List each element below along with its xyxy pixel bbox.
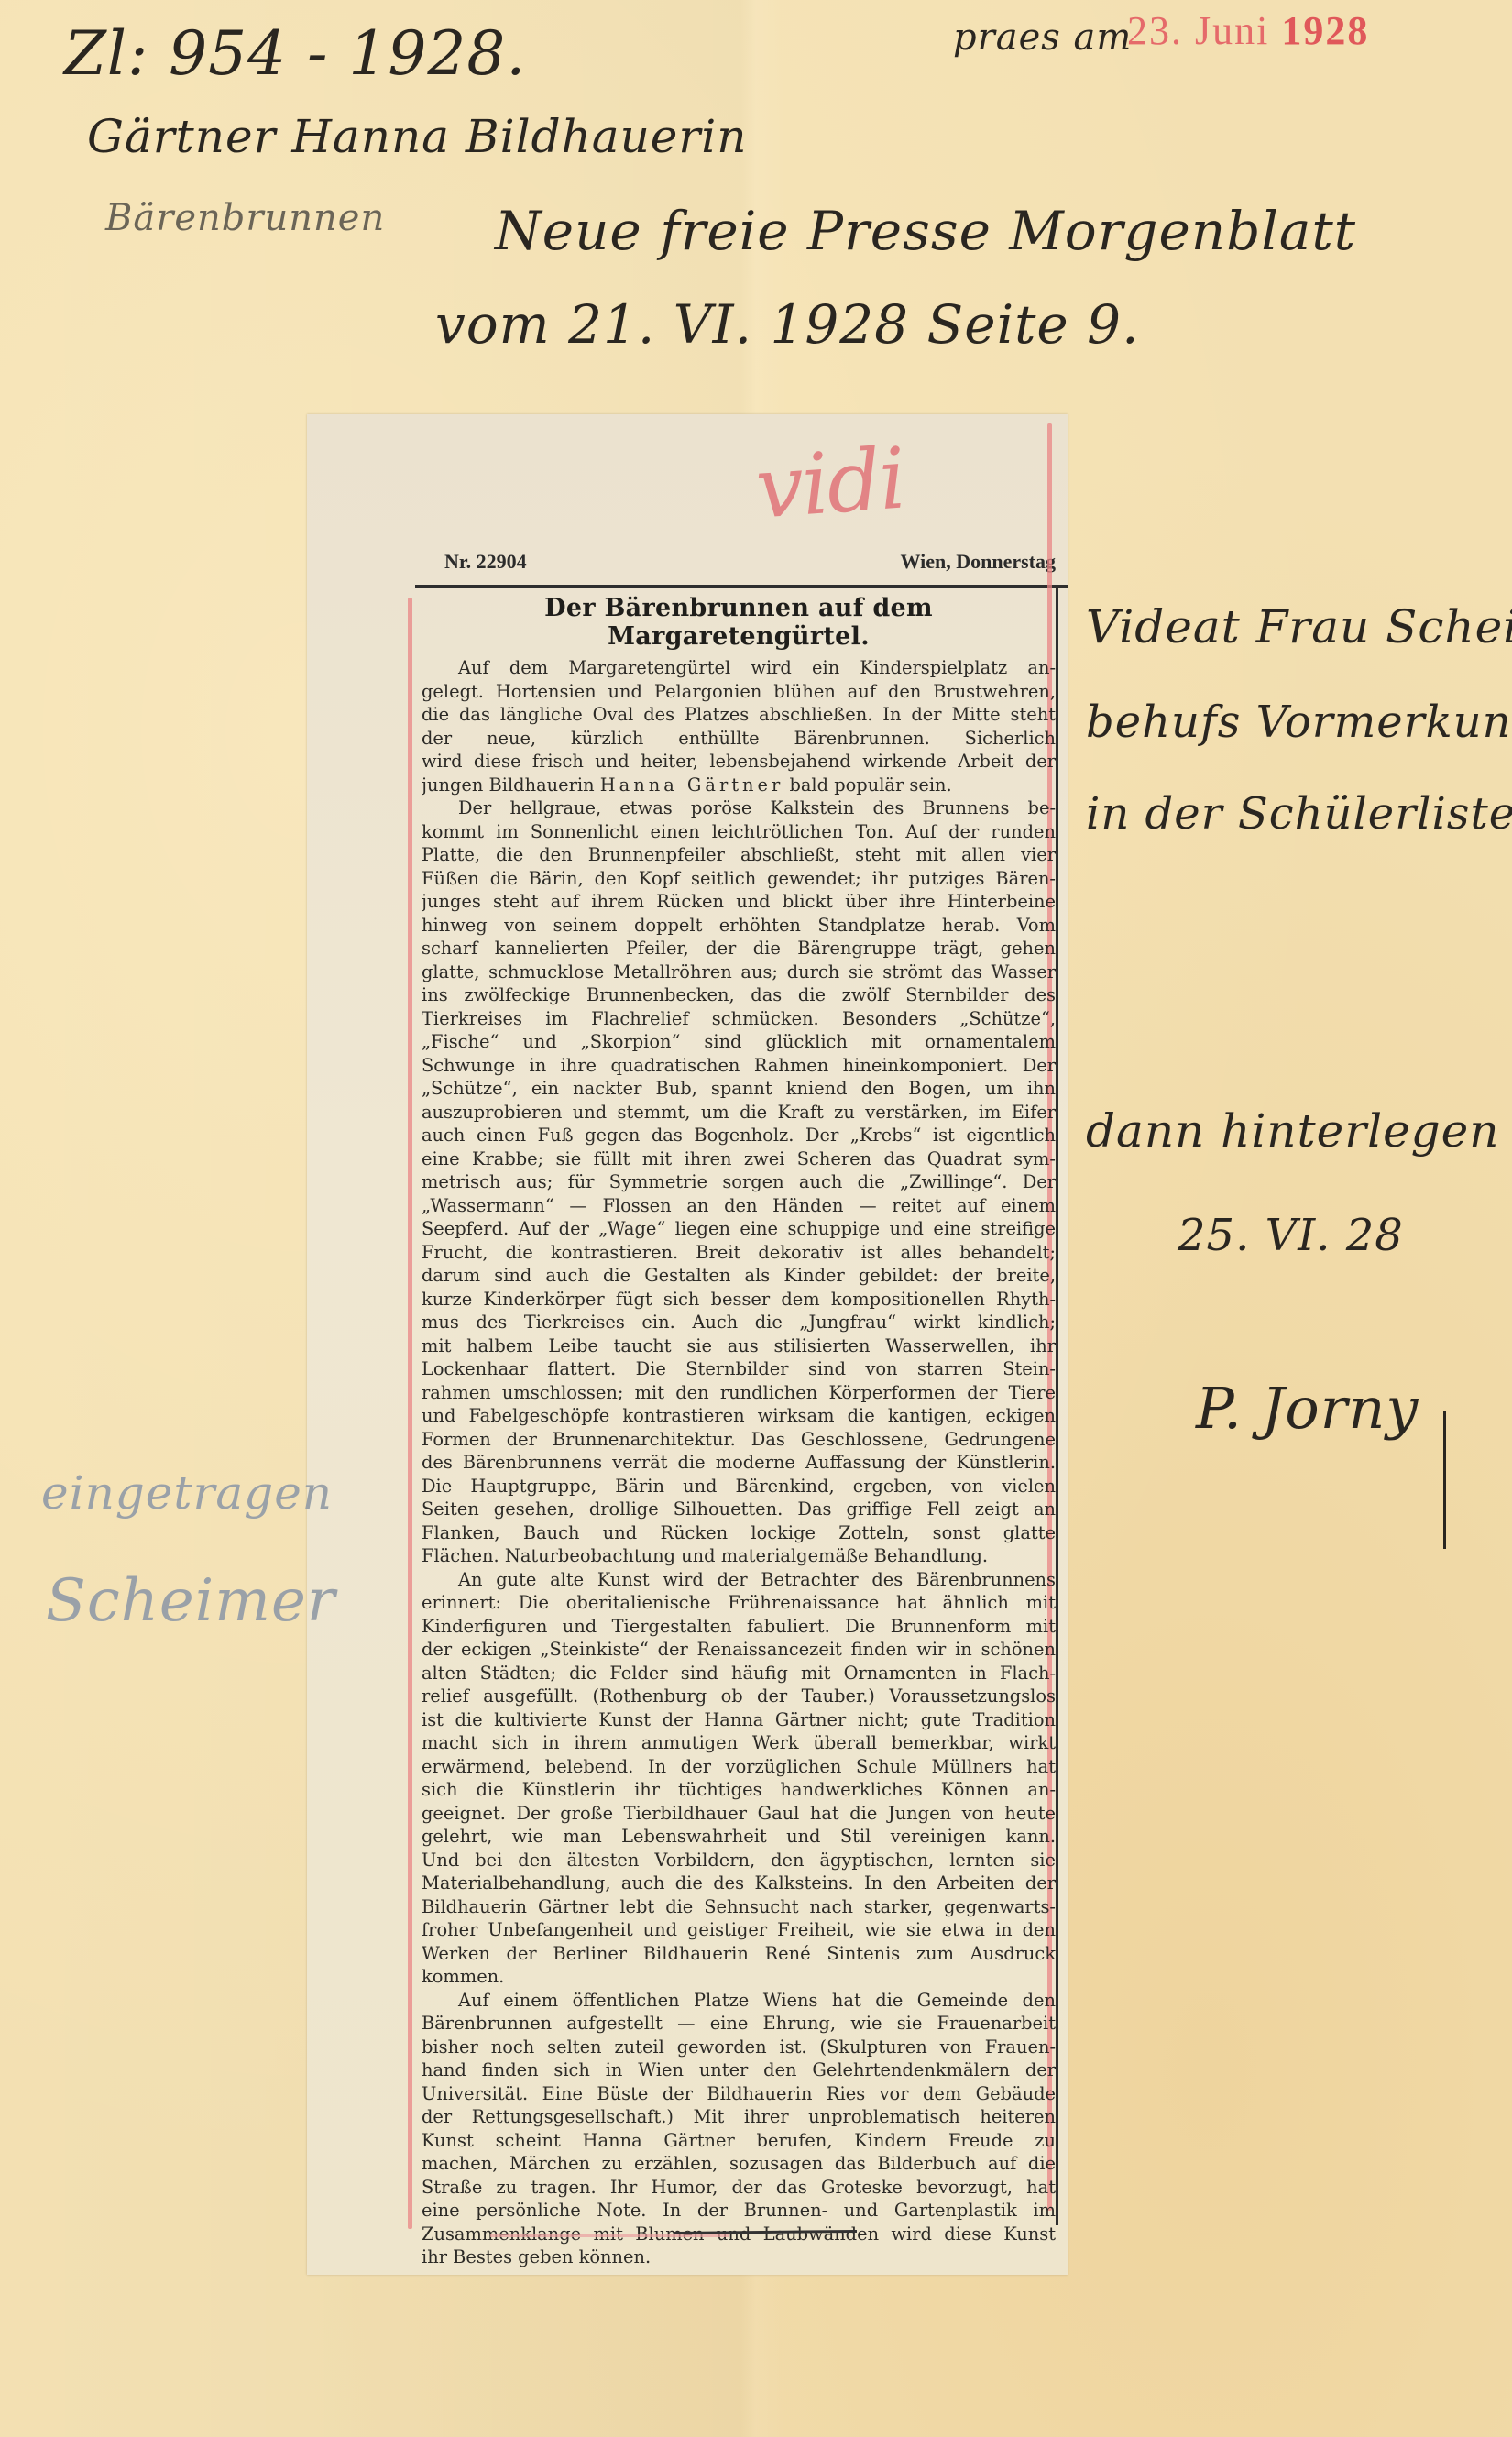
article-line: Kinderfiguren und Tiergestalten fabulier… [422,1615,1056,1639]
article-line: wird diese frisch und heiter, lebensbeja… [422,750,1056,774]
article-text: jungen Bildhauerin [422,774,595,796]
article-line: scharf kannelierten Pfeiler, der die Bär… [422,937,1056,961]
article-line: Materialbehandlung, auch die des Kalkste… [422,1872,1056,1895]
received-note: praes am [953,16,1132,59]
article-line: erwärmend, belebend. In der vorzüglichen… [422,1755,1056,1779]
article-line: Seiten gesehen, drollige Silhouetten. Da… [422,1498,1056,1521]
article-line: Auf einem öffentlichen Platze Wiens hat … [422,1989,1056,2013]
newspaper-clipping: vidi Nr. 22904 Wien, Donnerstag Der Bäre… [307,414,1068,2275]
article-body: Auf dem Margaretengürtel wird ein Kinder… [422,656,1056,2269]
article-line: Straße zu tragen. Ihr Humor, der das Gro… [422,2176,1056,2200]
article-line: alten Städten; die Felder sind häufig mi… [422,1662,1056,1685]
article-line: Seepferd. Auf der „Wage“ liegen eine sch… [422,1217,1056,1241]
article-line: „Schütze“, ein nackter Bub, spannt knien… [422,1077,1056,1101]
article-text: bald populär sein. [789,774,951,796]
article-line: der eckigen „Steinkiste“ der Renaissance… [422,1638,1056,1662]
article-line: kommen. [422,1965,1056,1989]
file-number-note: Zl: 954 - 1928. [64,18,526,89]
article-line: Bärenbrunnen aufgestellt — eine Ehrung, … [422,2012,1056,2036]
article-line: eine persönliche Note. In der Brunnen- u… [422,2199,1056,2223]
article-line: ist die kultivierte Kunst der Hanna Gärt… [422,1708,1056,1732]
article-line: rahmen umschlossen; mit den rundlichen K… [422,1381,1056,1405]
article-line: Die Hauptgruppe, Bärin und Bärenkind, er… [422,1475,1056,1498]
topic-note: Bärenbrunnen [105,197,385,239]
article-line: hinweg von seinem doppelt erhöhten Stand… [422,914,1056,938]
article-line: Kunst scheint Hanna Gärtner berufen, Kin… [422,2129,1056,2153]
margin-note-date: 25. VI. 28 [1178,1210,1404,1261]
margin-note-schuelerliste: in der Schülerliste [1086,788,1512,840]
red-underline-bottom [490,2234,729,2237]
article-line: „Fische“ und „Skorpion“ sind glücklich m… [422,1030,1056,1054]
article-line: Schwunge in ihre quadratischen Rahmen hi… [422,1054,1056,1078]
clipping-masthead: Nr. 22904 Wien, Donnerstag [444,550,1063,579]
article-line: „Wassermann“ — Flossen an den Händen — r… [422,1194,1056,1218]
received-date-stamp: 23. Juni 1928 [1127,7,1369,54]
article-line: Universität. Eine Büste der Bildhauerin … [422,2082,1056,2106]
article-line: mit halbem Leibe taucht sie aus stilisie… [422,1334,1056,1358]
issue-number: Nr. 22904 [444,550,527,574]
article-line: sich die Künstlerin ihr tüchtiges handwe… [422,1778,1056,1802]
margin-note-vormerkung: behufs Vormerkung [1086,697,1512,748]
article-line: Auf dem Margaretengürtel wird ein Kinder… [422,656,1056,680]
article-line: An gute alte Kunst wird der Betrachter d… [422,1568,1056,1592]
article-line: erinnert: Die oberitalienische Frührenai… [422,1591,1056,1615]
signature: P. Jorny [1196,1375,1419,1442]
article-line: Der hellgraue, etwas poröse Kalkstein de… [422,796,1056,820]
pencil-note-eingetragen: eingetragen [41,1466,333,1520]
place-day: Wien, Donnerstag [901,550,1057,574]
article-line: ihr Bestes geben können. W. D. [422,2245,1056,2269]
headline: Der Bärenbrunnen auf dem Margaretengürte… [422,594,1056,651]
article-line: auch einen Fuß gegen das Bogenholz. Der … [422,1124,1056,1147]
article-line: junges steht auf ihrem Rücken und blickt… [422,890,1056,914]
article-line: metrisch aus; für Symmetrie sorgen auch … [422,1170,1056,1194]
article-line: des Bärenbrunnens verrät die moderne Auf… [422,1451,1056,1475]
article-line: Flanken, Bauch und Rücken lockige Zottel… [422,1521,1056,1545]
margin-note-hinterlegen: dann hinterlegen [1086,1104,1499,1158]
article-line: relief ausgefüllt. (Rothenburg ob der Ta… [422,1685,1056,1708]
article-text: ihr Bestes geben können. [422,2246,651,2267]
article-line: der neue, kürzlich enthüllte Bärenbrunne… [422,727,1056,751]
signature-stroke [1443,1411,1446,1549]
article-line: ins zwölfeckige Brunnenbecken, das die z… [422,983,1056,1007]
article: Der Bärenbrunnen auf dem Margaretengürte… [422,588,1056,2269]
article-line: und Fabelgeschöpfe kontrastieren wirksam… [422,1404,1056,1428]
article-line: kurze Kinderkörper fügt sich besser dem … [422,1288,1056,1312]
article-line: darum sind auch die Gestalten als Kinder… [422,1264,1056,1288]
stamp-year: 1928 [1281,8,1369,53]
article-line: Flächen. Naturbeobachtung und materialge… [422,1544,1056,1568]
pencil-note-name: Scheimer [46,1567,335,1635]
article-line: eine Krabbe; sie füllt mit ihren zwei Sc… [422,1147,1056,1171]
margin-note-videat: Videat Frau Scheimer [1086,600,1512,653]
article-line: der Rettungsgesellschaft.) Mit ihrer unp… [422,2105,1056,2129]
article-line: gelehrt, wie man Lebenswahrheit und Stil… [422,1825,1056,1849]
article-line: kommt im Sonnenlicht einen leichtrötlich… [422,820,1056,844]
article-line: geeignet. Der große Tierbildhauer Gaul h… [422,1802,1056,1826]
stamp-date: 23. Juni [1127,8,1269,53]
article-line: gelegt. Hortensien und Pelargonien blühe… [422,680,1056,704]
article-line: Und bei den ältesten Vorbildern, den ägy… [422,1849,1056,1872]
article-line: hand finden sich in Wien unter den Geleh… [422,2058,1056,2082]
article-line: macht sich in ihrem anmutigen Werk übera… [422,1731,1056,1755]
article-line: auszuprobieren und stemmt, um die Kraft … [422,1101,1056,1125]
article-line: Formen der Brunnenarchitektur. Das Gesch… [422,1428,1056,1452]
article-line: Platte, die den Brunnenpfeiler abschließ… [422,843,1056,867]
article-line: glatte, schmucklose Metallröhren aus; du… [422,961,1056,984]
article-line: froher Unbefangenheit und geistiger Frei… [422,1918,1056,1942]
subject-note: Gärtner Hanna Bildhauerin [87,110,747,163]
article-line: Frucht, die kontrastieren. Breit dekorat… [422,1241,1056,1265]
article-line: machen, Märchen zu erzählen, sozusagen d… [422,2152,1056,2176]
vidi-red-annotation: vidi [752,429,907,537]
article-line: jungen Bildhauerin Hanna Gärtner bald po… [422,774,1056,797]
article-line: Lockenhaar flattert. Die Sternbilder sin… [422,1357,1056,1381]
article-line: die das längliche Oval des Platzes absch… [422,703,1056,727]
highlighted-name: Hanna Gärtner [600,774,784,797]
author-initials: W. D. [971,2245,1019,2249]
article-line: Tierkreises im Flachrelief schmücken. Be… [422,1007,1056,1031]
red-margin-mark-left [408,598,412,2229]
article-line: Bildhauerin Gärtner lebt die Sehnsucht n… [422,1895,1056,1919]
source-note: Neue freie Presse Morgenblatt [495,200,1356,262]
article-line: mus des Tierkreises ein. Auch die „Jungf… [422,1311,1056,1334]
article-line: Werken der Berliner Bildhauerin René Sin… [422,1942,1056,1966]
source-date-note: vom 21. VI. 1928 Seite 9. [435,293,1140,356]
article-line: Füßen die Bärin, den Kopf seitlich gewen… [422,867,1056,891]
article-line: bisher noch selten zuteil geworden ist. … [422,2036,1056,2059]
column-rule [1056,585,1058,2225]
